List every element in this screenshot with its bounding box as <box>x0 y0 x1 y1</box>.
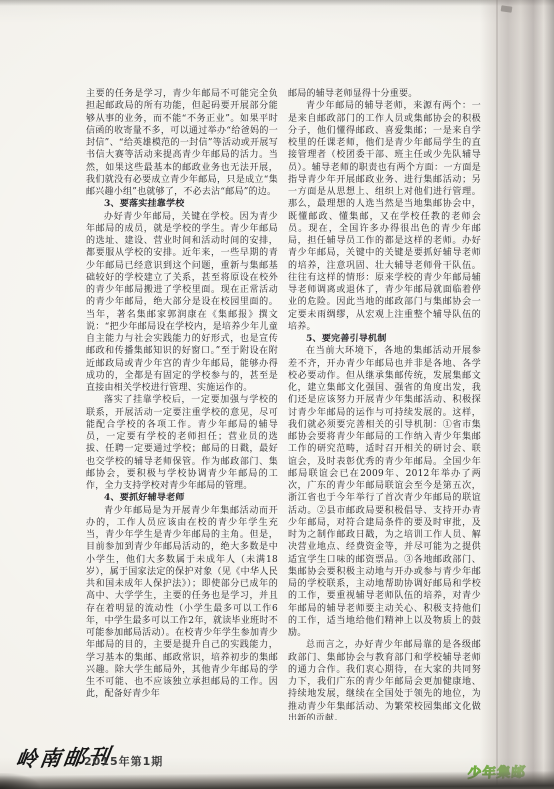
section-heading: 3、要落实挂靠学校 <box>86 198 278 210</box>
paragraph: 邮局的辅导老师显得十分重要。 <box>288 88 481 100</box>
paragraph: 落实了挂靠学校后，一定要加强与学校的联系，开展活动一定要注重学校的意见，尽可能配… <box>86 394 278 492</box>
issue-label: 2015年第1期 <box>84 753 163 769</box>
text-column-left: 主要的任务是学习，青少年邮局不可能完全负担起邮政局的所有功能，但起码要开展部分能… <box>86 88 278 720</box>
page-edge-shadow <box>480 0 554 789</box>
paragraph: 青少年邮局的辅导老师，来源有两个：一是来自邮政部门的工作人员或集邮协会的积极分子… <box>288 100 481 333</box>
bottom-corner-shadow <box>0 773 40 789</box>
bottom-scan-edge <box>0 771 554 789</box>
paragraph: 总而言之，办好青少年邮局靠的是各级邮政部门、集邮协会与教育部门和学校辅导老师的通… <box>288 639 481 720</box>
top-scan-shadow <box>0 0 554 6</box>
paragraph: 主要的任务是学习，青少年邮局不可能完全负担起邮政局的所有功能，但起码要开展部分能… <box>86 88 278 198</box>
text-column-right: 邮局的辅导老师显得十分重要。青少年邮局的辅导老师，来源有两个：一是来自邮政部门的… <box>288 88 481 720</box>
paragraph: 在当前大环境下，各地的集邮活动开展参差不齐，开办青少年邮局也并非是各地、各学校必… <box>288 345 481 639</box>
paragraph: 青少年邮局是为开展青少年集邮活动而开办的，工作人员应该由在校的青少年学生充当，青… <box>86 505 278 701</box>
paragraph: 办好青少年邮局，关键在学校。因为青少年邮局的成员，就是学校的学生。青少年邮局的选… <box>86 211 278 395</box>
section-heading: 5、要完善引导机制 <box>288 333 481 345</box>
section-heading: 4、要抓好辅导老师 <box>86 492 278 504</box>
scanned-magazine-page: 主要的任务是学习，青少年邮局不可能完全负担起邮政局的所有功能，但起码要开展部分能… <box>0 0 554 789</box>
